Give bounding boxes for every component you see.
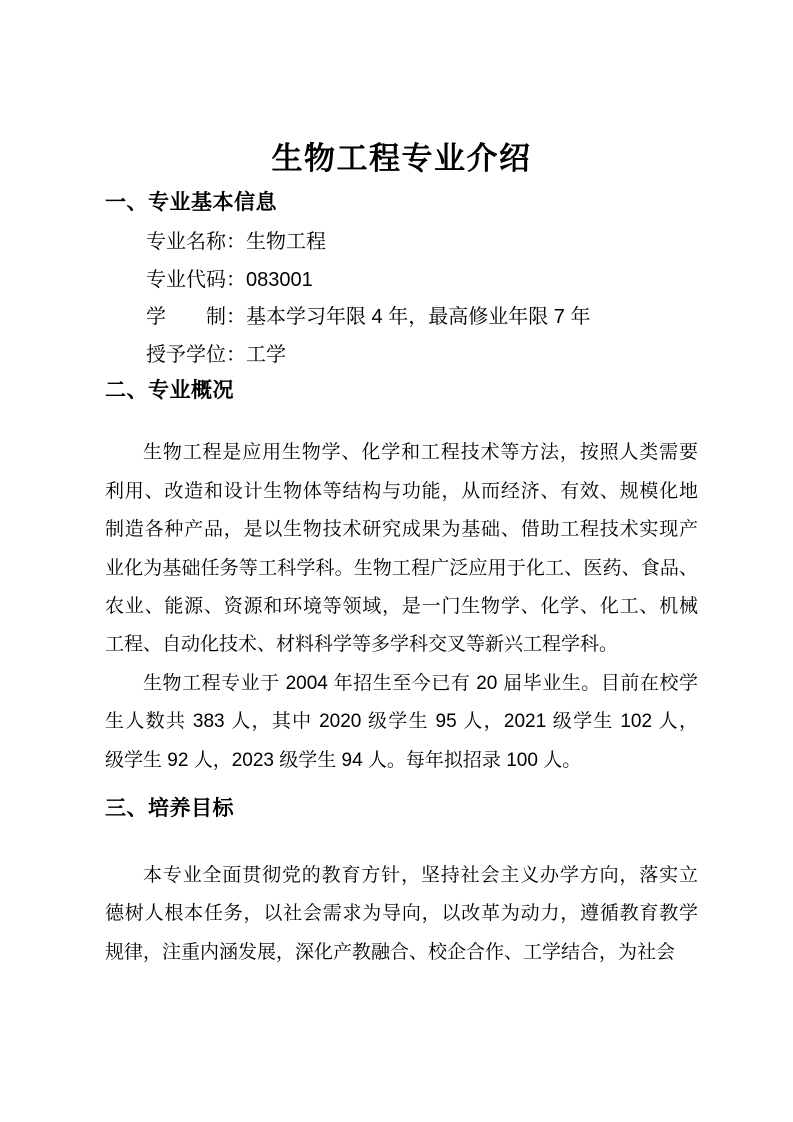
body-line: 德树人根本任务，以社会需求为导向，以改革为动力，遵循教育教学: [105, 895, 698, 933]
info-line-study-duration: 学 制：基本学习年限 4 年，最高修业年限 7 年: [105, 299, 698, 337]
document-title: 生物工程专业介绍: [105, 136, 698, 182]
body-line: 本专业全面贯彻党的教育方针，坚持社会主义办学方向，落实立: [105, 857, 698, 895]
info-line-major-name: 专业名称：生物工程: [105, 224, 698, 262]
basic-info-block: 专业名称：生物工程 专业代码：083001 学 制：基本学习年限 4 年，最高修…: [105, 224, 698, 374]
overview-paragraph-1: 生物工程是应用生物学、化学和工程技术等方法，按照人类需要 利用、改造和设计生物体…: [105, 434, 698, 664]
body-line: 生人数共 383 人，其中 2020 级学生 95 人，2021 级学生 102…: [105, 703, 698, 741]
body-line: 农业、能源、资源和环境等领域，是一门生物学、化学、化工、机械: [105, 588, 698, 626]
info-line-major-code: 专业代码：083001: [105, 262, 698, 300]
body-line: 制造各种产品，是以生物技术研究成果为基础、借助工程技术实现产: [105, 511, 698, 549]
body-line: 业化为基础任务等工科学科。生物工程广泛应用于化工、医药、食品、: [105, 550, 698, 588]
body-line: 级学生 92 人，2023 级学生 94 人。每年拟招录 100 人。: [105, 742, 698, 780]
body-line: 生物工程专业于 2004 年招生至今已有 20 届毕业生。目前在校学: [105, 665, 698, 703]
body-line: 规律，注重内涵发展，深化产教融合、校企合作、工学结合，为社会: [105, 934, 698, 972]
document-page: 生物工程专业介绍 一、专业基本信息 专业名称：生物工程 专业代码：083001 …: [0, 0, 793, 1122]
section-heading-basic-info: 一、专业基本信息: [105, 188, 698, 218]
section-heading-training-goal: 三、培养目标: [105, 794, 698, 824]
body-line: 利用、改造和设计生物体等结构与功能，从而经济、有效、规模化地: [105, 473, 698, 511]
body-line: 生物工程是应用生物学、化学和工程技术等方法，按照人类需要: [105, 434, 698, 472]
info-line-degree: 授予学位：工学: [105, 337, 698, 375]
training-goal-paragraph: 本专业全面贯彻党的教育方针，坚持社会主义办学方向，落实立 德树人根本任务，以社会…: [105, 857, 698, 972]
overview-paragraph-2: 生物工程专业于 2004 年招生至今已有 20 届毕业生。目前在校学 生人数共 …: [105, 665, 698, 780]
body-line: 工程、自动化技术、材料科学等多学科交叉等新兴工程学科。: [105, 626, 698, 664]
section-heading-overview: 二、专业概况: [105, 376, 698, 406]
